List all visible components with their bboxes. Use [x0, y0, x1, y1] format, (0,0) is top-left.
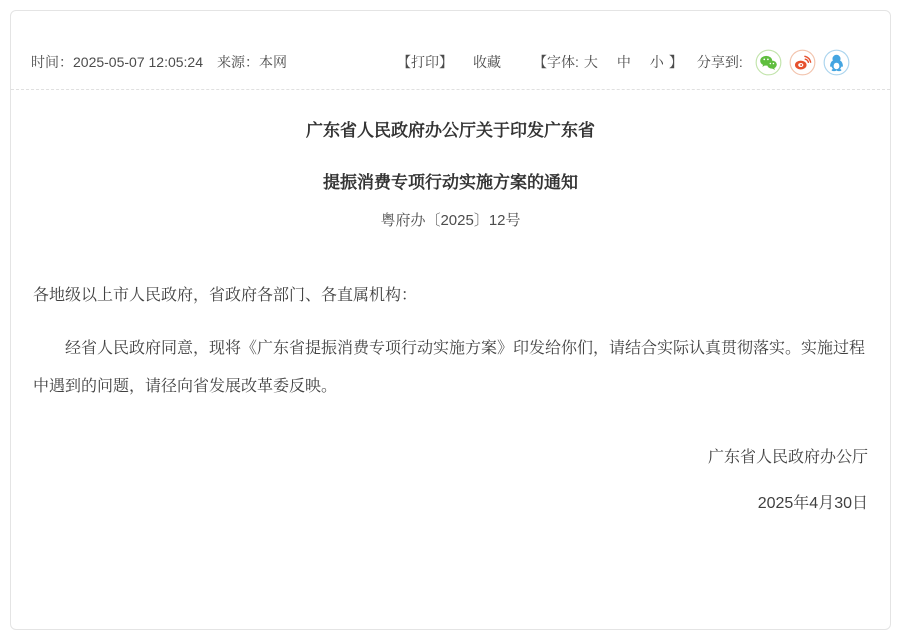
- document-title-line2: 提振消费专项行动实施方案的通知: [33, 140, 868, 192]
- print-button[interactable]: 【打印】: [397, 52, 453, 72]
- article-body: 广东省人民政府办公厅关于印发广东省 提振消费专项行动实施方案的通知 粤府办〔20…: [11, 90, 890, 546]
- article-panel: 时间：2025-05-07 12:05:24 来源：本网 【打印】 收藏 【字体…: [10, 10, 891, 546]
- weibo-icon[interactable]: [789, 49, 816, 76]
- publish-time: 时间：2025-05-07 12:05:24: [31, 52, 203, 72]
- favorite-button[interactable]: 收藏: [473, 52, 501, 72]
- issue-date: 2025年4月30日: [33, 485, 868, 523]
- salutation: 各地级以上市人民政府，省政府各部门、各直属机构：: [33, 277, 868, 315]
- font-size-control: 【字体:大中小】: [533, 52, 683, 72]
- issuing-agency: 广东省人民政府办公厅: [33, 439, 868, 477]
- meta-bar: 时间：2025-05-07 12:05:24 来源：本网 【打印】 收藏 【字体…: [11, 11, 890, 90]
- font-size-medium-button[interactable]: 中: [617, 54, 631, 70]
- font-control-suffix: 】: [669, 54, 683, 70]
- wechat-icon[interactable]: [755, 49, 782, 76]
- font-control-prefix: 【字体:: [533, 54, 579, 70]
- font-size-small-button[interactable]: 小: [650, 54, 664, 70]
- share-icon-group: [755, 49, 850, 76]
- main-paragraph: 经省人民政府同意，现将《广东省提振消费专项行动实施方案》印发给你们，请结合实际认…: [33, 330, 868, 406]
- document-title-line1: 广东省人民政府办公厅关于印发广东省: [33, 90, 868, 140]
- share-label: 分享到:: [697, 52, 743, 72]
- qq-icon[interactable]: [823, 49, 850, 76]
- document-number: 粤府办〔2025〕12号: [33, 192, 868, 229]
- source-label: 来源：本网: [217, 52, 287, 72]
- font-size-large-button[interactable]: 大: [584, 54, 598, 70]
